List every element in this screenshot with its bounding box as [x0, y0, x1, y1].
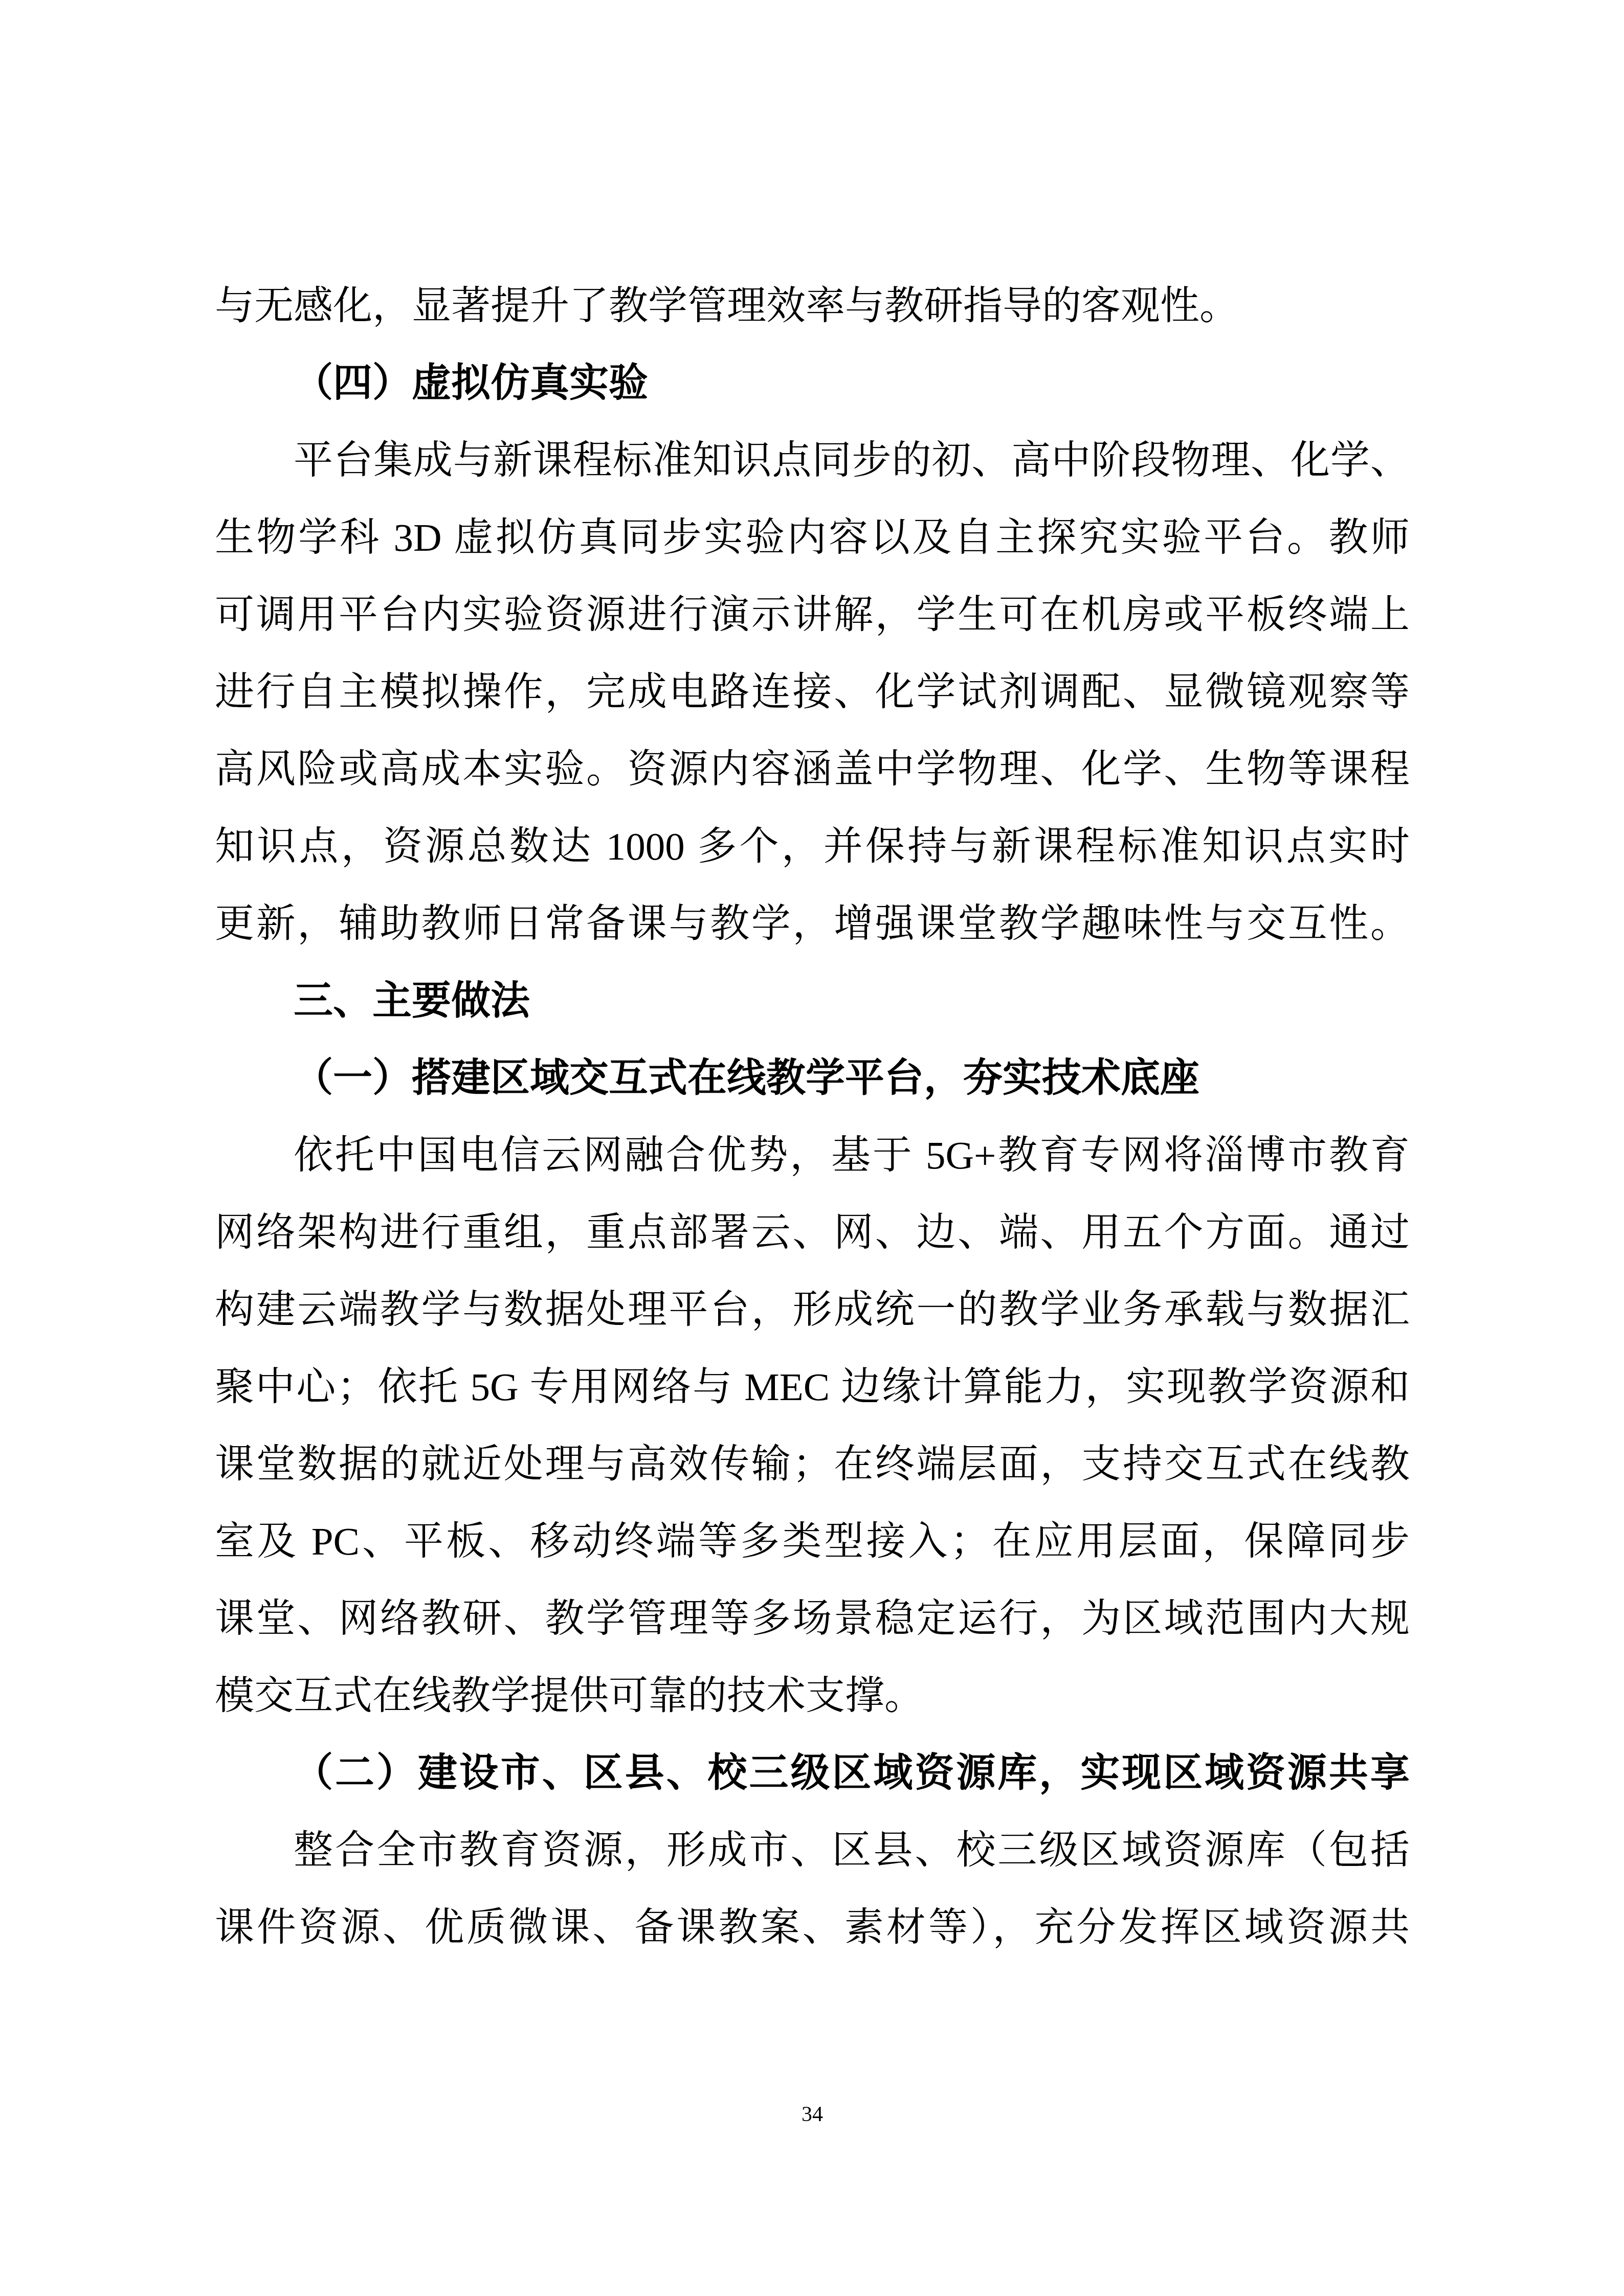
page-footer: 34: [215, 2099, 1410, 2130]
paragraph-line: 构建云端教学与数据处理平台，形成统一的教学业务承载与数据汇: [215, 1271, 1410, 1348]
paragraph-line: 整合全市教育资源，形成市、区县、校三级区域资源库（包括: [215, 1812, 1410, 1889]
paragraph-line: 聚中心；依托 5G 专用网络与 MEC 边缘计算能力，实现教学资源和: [215, 1348, 1410, 1426]
paragraph-line: 可调用平台内实验资源进行演示讲解，学生可在机房或平板终端上: [215, 576, 1410, 654]
paragraph-line: 依托中国电信云网融合优势，基于 5G+教育专网将淄博市教育: [215, 1117, 1410, 1194]
paragraph-line: 室及 PC、平板、移动终端等多类型接入；在应用层面，保障同步: [215, 1503, 1410, 1580]
subsection-heading: （四）虚拟仿真实验: [215, 345, 1410, 422]
paragraph-line: 课堂、网络教研、教学管理等多场景稳定运行，为区域范围内大规: [215, 1580, 1410, 1657]
paragraph-line: 高风险或高成本实验。资源内容涵盖中学物理、化学、生物等课程: [215, 731, 1410, 808]
paragraph-line: 与无感化，显著提升了教学管理效率与教研指导的客观性。: [215, 267, 1410, 345]
paragraph-line: 模交互式在线教学提供可靠的技术支撑。: [215, 1657, 1410, 1735]
paragraph-line: 进行自主模拟操作，完成电路连接、化学试剂调配、显微镜观察等: [215, 654, 1410, 731]
paragraph-line: 课件资源、优质微课、备课教案、素材等），充分发挥区域资源共: [215, 1889, 1410, 1966]
document-body: 与无感化，显著提升了教学管理效率与教研指导的客观性。（四）虚拟仿真实验平台集成与…: [215, 267, 1410, 1966]
page-number: 34: [802, 2103, 823, 2126]
paragraph-line: 课堂数据的就近处理与高效传输；在终端层面，支持交互式在线教: [215, 1426, 1410, 1503]
section-heading: 三、主要做法: [215, 962, 1410, 1040]
paragraph-line: 网络架构进行重组，重点部署云、网、边、端、用五个方面。通过: [215, 1194, 1410, 1271]
subsection-heading: （一）搭建区域交互式在线教学平台，夯实技术底座: [215, 1040, 1410, 1117]
paragraph-line: 知识点，资源总数达 1000 多个，并保持与新课程标准知识点实时: [215, 808, 1410, 885]
document-page: 与无感化，显著提升了教学管理效率与教研指导的客观性。（四）虚拟仿真实验平台集成与…: [0, 0, 1624, 2296]
paragraph-line: 更新，辅助教师日常备课与教学，增强课堂教学趣味性与交互性。: [215, 885, 1410, 962]
paragraph-line: 生物学科 3D 虚拟仿真同步实验内容以及自主探究实验平台。教师: [215, 499, 1410, 576]
subsection-heading: （二）建设市、区县、校三级区域资源库，实现区域资源共享: [215, 1735, 1410, 1812]
paragraph-line: 平台集成与新课程标准知识点同步的初、高中阶段物理、化学、: [215, 422, 1410, 499]
